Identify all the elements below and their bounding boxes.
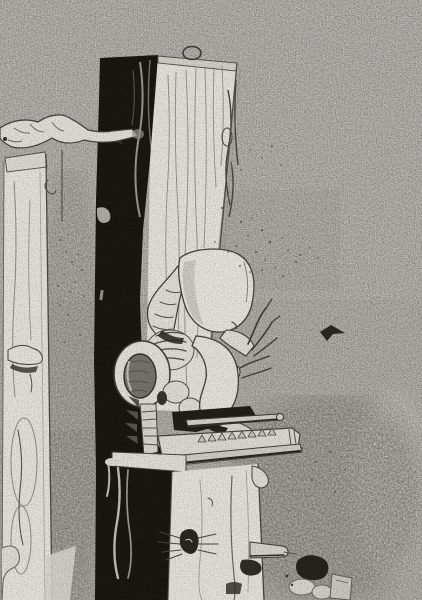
drawing-svg [0, 0, 422, 600]
drawing-figure [0, 0, 422, 600]
scan-texture [0, 0, 422, 600]
artwork-canvas [0, 0, 422, 600]
